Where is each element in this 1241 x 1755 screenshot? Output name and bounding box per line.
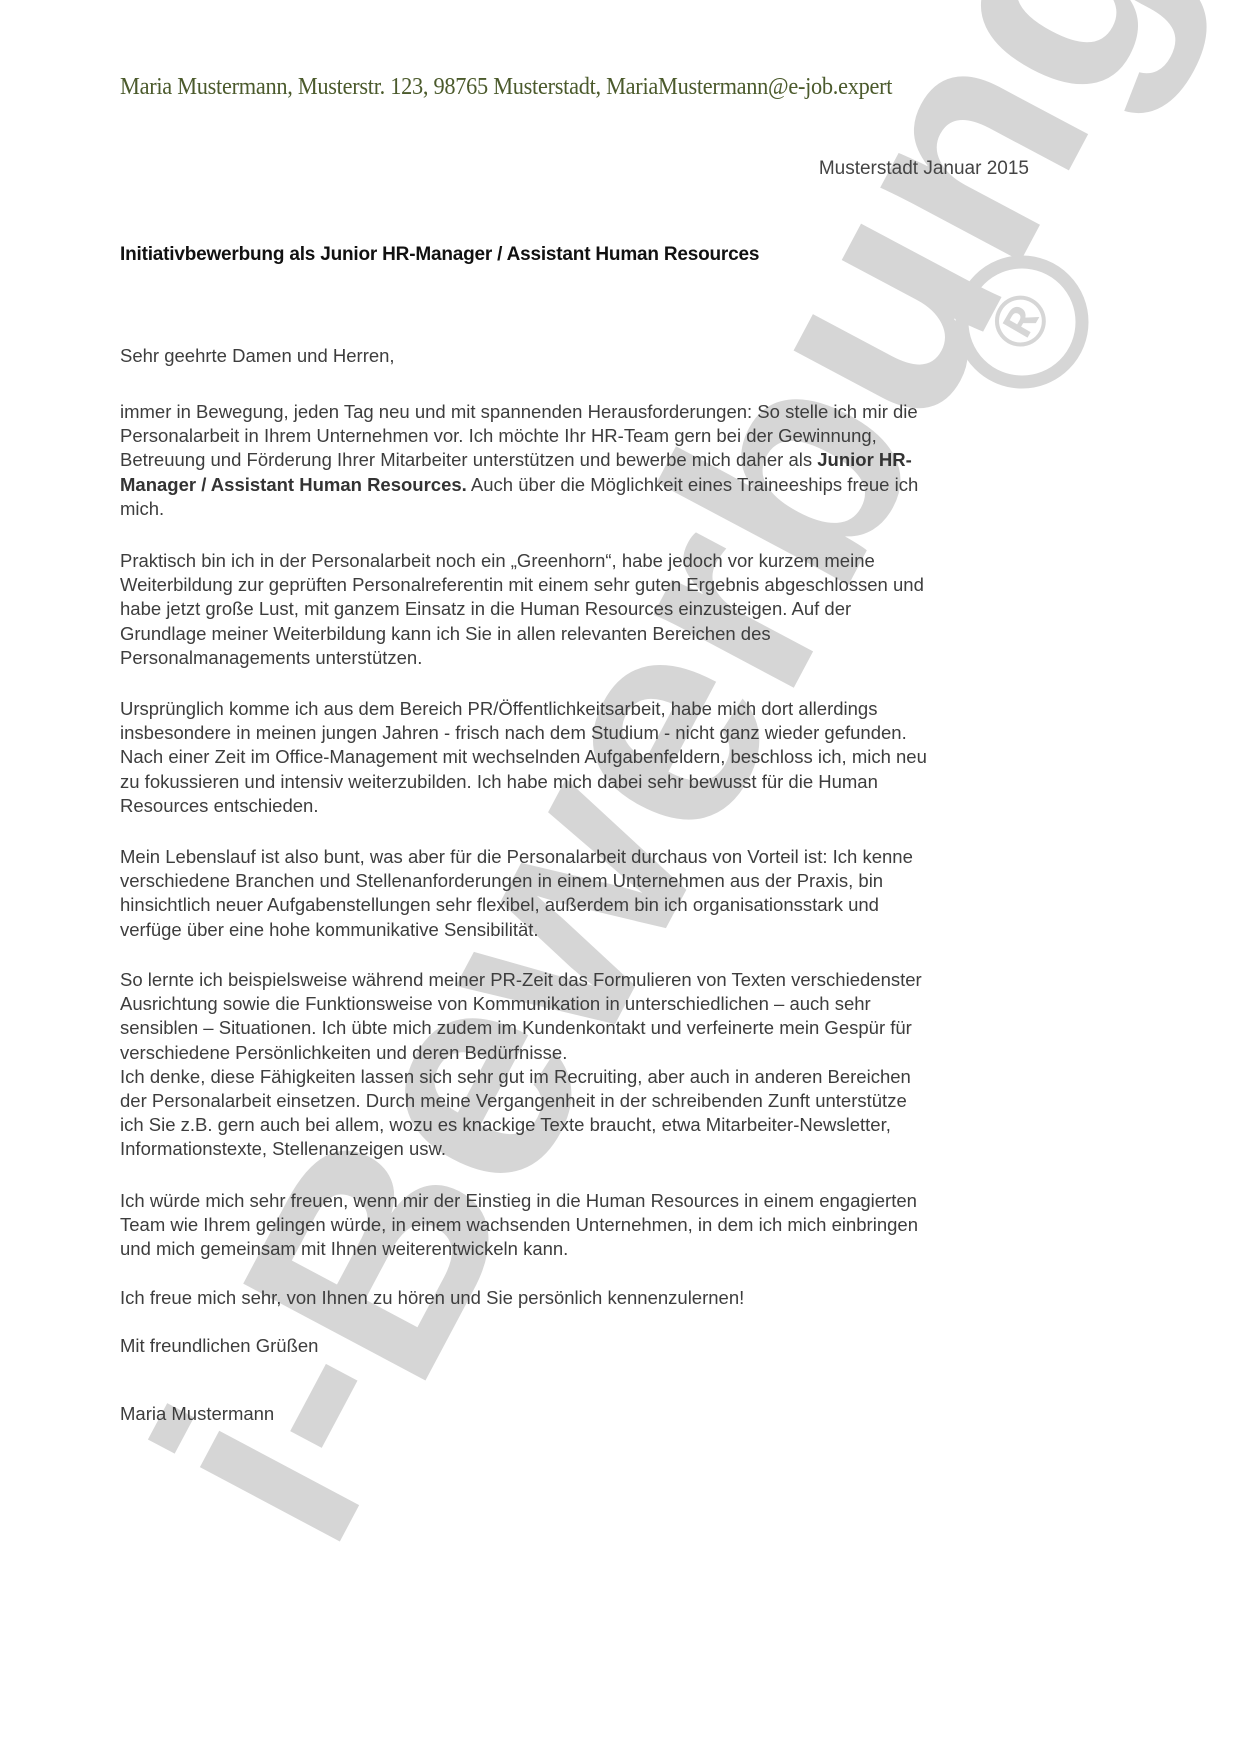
signature-name: Maria Mustermann xyxy=(120,1402,1040,1426)
letter-subject: Initiativbewerbung als Junior HR-Manager… xyxy=(120,244,759,266)
paragraph-line: der Personalarbeit einsetzen. Durch mein… xyxy=(120,1089,1040,1113)
closing: Mit freundlichen Grüßen xyxy=(120,1334,1040,1358)
position-title-bold: Manager / Assistant Human Resources. xyxy=(120,474,467,495)
paragraph-line: sensiblen – Situationen. Ich übte mich z… xyxy=(120,1016,1040,1040)
paragraph-line: Ursprünglich komme ich aus dem Bereich P… xyxy=(120,697,1040,721)
paragraph-line: Betreuung und Förderung Ihrer Mitarbeite… xyxy=(120,448,1040,472)
paragraph-line: Ich freue mich sehr, von Ihnen zu hören … xyxy=(120,1286,1040,1310)
paragraph-line: verschiedene Persönlichkeiten und deren … xyxy=(120,1041,1040,1065)
paragraph-line: insbesondere in meinen jungen Jahren - f… xyxy=(120,721,1040,745)
paragraph-line: Nach einer Zeit im Office-Management mit… xyxy=(120,745,1040,769)
paragraph-line: Grundlage meiner Weiterbildung kann ich … xyxy=(120,622,1040,646)
paragraph-line: Praktisch bin ich in der Personalarbeit … xyxy=(120,549,1040,573)
closing-text: Mit freundlichen Grüßen xyxy=(120,1334,1040,1358)
paragraph-line: Manager / Assistant Human Resources. Auc… xyxy=(120,473,1040,497)
letter-page: ® i-Bewerbung Maria Mustermann, Musterst… xyxy=(0,0,1241,1755)
paragraph-line: verfüge über eine hohe kommunikative Sen… xyxy=(120,918,1040,942)
paragraph-line: immer in Bewegung, jeden Tag neu und mit… xyxy=(120,400,1040,424)
paragraph-line: So lernte ich beispielsweise während mei… xyxy=(120,968,1040,992)
paragraph-4: Mein Lebenslauf ist also bunt, was aber … xyxy=(120,845,1040,942)
paragraph-line: Resources entschieden. xyxy=(120,794,1040,818)
paragraph-line: Ausrichtung sowie die Funktionsweise von… xyxy=(120,992,1040,1016)
paragraph-2: Praktisch bin ich in der Personalarbeit … xyxy=(120,549,1040,670)
paragraph-line: Weiterbildung zur geprüften Personalrefe… xyxy=(120,573,1040,597)
paragraph-line: Team wie Ihrem gelingen würde, in einem … xyxy=(120,1213,1040,1237)
signature: Maria Mustermann xyxy=(120,1402,1040,1426)
paragraph-line: zu fokussieren und intensiv weiterzubild… xyxy=(120,770,1040,794)
position-title-bold: Junior HR- xyxy=(817,449,912,470)
paragraph-6: Ich würde mich sehr freuen, wenn mir der… xyxy=(120,1189,1040,1262)
salutation-text: Sehr geehrte Damen und Herren, xyxy=(120,344,1040,368)
paragraph-line: habe jetzt große Lust, mit ganzem Einsat… xyxy=(120,597,1040,621)
paragraph-line: Ich denke, diese Fähigkeiten lassen sich… xyxy=(120,1065,1040,1089)
paragraph-line: verschiedene Branchen und Stellenanforde… xyxy=(120,869,1040,893)
paragraph-line: Informationstexte, Stellenanzeigen usw. xyxy=(120,1137,1040,1161)
paragraph-5: So lernte ich beispielsweise während mei… xyxy=(120,968,1040,1162)
sender-address-line: Maria Mustermann, Musterstr. 123, 98765 … xyxy=(120,74,892,101)
paragraph-line: Personalarbeit in Ihrem Unternehmen vor.… xyxy=(120,424,1040,448)
paragraph-7: Ich freue mich sehr, von Ihnen zu hören … xyxy=(120,1286,1040,1310)
paragraph-1: immer in Bewegung, jeden Tag neu und mit… xyxy=(120,400,1040,521)
paragraph-line: Personalmanagements unterstützen. xyxy=(120,646,1040,670)
paragraph-line: und mich gemeinsam mit Ihnen weiterentwi… xyxy=(120,1237,1040,1261)
paragraph-line: mich. xyxy=(120,497,1040,521)
date-line: Musterstadt Januar 2015 xyxy=(819,158,1029,180)
paragraph-line: Mein Lebenslauf ist also bunt, was aber … xyxy=(120,845,1040,869)
paragraph-line: ich Sie z.B. gern auch bei allem, wozu e… xyxy=(120,1113,1040,1137)
paragraph-3: Ursprünglich komme ich aus dem Bereich P… xyxy=(120,697,1040,818)
salutation: Sehr geehrte Damen und Herren, xyxy=(120,344,1040,368)
letter-content: Maria Mustermann, Musterstr. 123, 98765 … xyxy=(0,0,1241,1755)
paragraph-line: Ich würde mich sehr freuen, wenn mir der… xyxy=(120,1189,1040,1213)
paragraph-line: hinsichtlich neuer Aufgabenstellungen se… xyxy=(120,893,1040,917)
